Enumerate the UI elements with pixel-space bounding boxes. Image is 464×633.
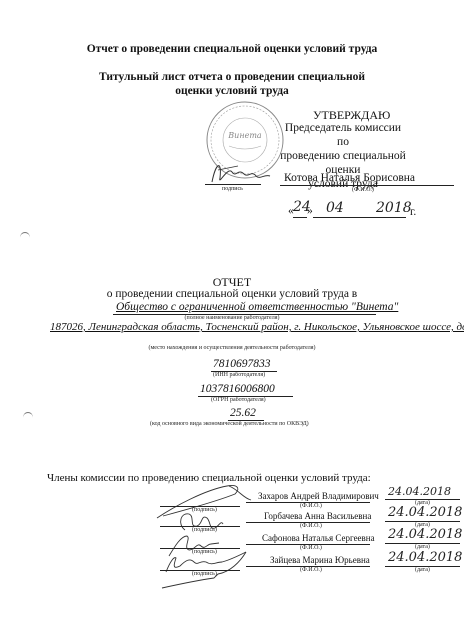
employer-okved-caption: (код основного вида экономической деятел…: [150, 421, 309, 427]
svg-text:Винета: Винета: [227, 131, 262, 140]
employer-address: 187026, Ленинградская область, Тосненски…: [50, 321, 442, 333]
member-name-caption: (Ф.И.О.): [300, 523, 322, 529]
approval-date-year-suffix: г.: [410, 206, 416, 218]
date-month-line: [313, 217, 381, 218]
member-name: Горбачева Анна Васильевна: [264, 511, 371, 521]
member-name-caption: (Ф.И.О.): [300, 545, 322, 551]
member-date: 24.04.2018: [388, 527, 462, 542]
document-subtitle-line2: оценки условий труда: [0, 84, 464, 99]
member-date: 24.04.2018: [388, 485, 451, 498]
member-date: 24.04.2018: [388, 505, 462, 520]
approval-date-year: 2018: [376, 200, 412, 216]
employer-okved: 25.62: [230, 407, 256, 419]
approval-date-month: 04: [326, 200, 344, 216]
chairman-name-line: [280, 185, 454, 186]
employer-ogrn: 1037816006800: [200, 383, 275, 395]
chairman-name-caption: (Ф.И.О.): [352, 187, 374, 193]
approval-date-close-quote: »: [307, 205, 313, 217]
document-subtitle-line1: Титульный лист отчета о проведении специ…: [0, 70, 464, 85]
member-date-caption: (дата): [415, 567, 430, 573]
employer-inn: 7810697833: [213, 358, 271, 370]
member-name: Зайцева Марина Юрьевна: [270, 555, 370, 565]
employer-name: Общество с ограниченной ответственностью…: [116, 301, 398, 313]
member-name-caption: (Ф.И.О.): [300, 567, 322, 573]
date-day-line: [293, 217, 307, 218]
margin-mark: [23, 412, 33, 423]
chairman-signature-line: [205, 184, 261, 185]
employer-inn-caption: (ИНН работодателя): [213, 372, 265, 378]
member-name: Сафонова Наталья Сергеевна: [262, 533, 375, 543]
member-date: 24.04.2018: [388, 550, 462, 565]
report-subheading: о проведении специальной оценки условий …: [0, 288, 464, 300]
member-name-caption: (Ф.И.О.): [300, 503, 322, 509]
date-year-line: [376, 217, 406, 218]
employer-address-caption: (место нахождения и осуществления деятел…: [0, 345, 464, 351]
margin-mark: [20, 232, 30, 243]
chairman-name: Котова Наталья Борисовна: [284, 172, 415, 184]
document-title: Отчет о проведении специальной оценки ус…: [0, 43, 464, 55]
member-signature-caption: (подпись): [192, 571, 217, 577]
chairman-signature-caption: подпись: [222, 186, 243, 192]
employer-ogrn-caption: (ОГРН работодателя): [211, 397, 266, 403]
approver-position-line1: Председатель комиссии по: [278, 121, 408, 149]
member-name: Захаров Андрей Владимирович: [258, 491, 379, 501]
